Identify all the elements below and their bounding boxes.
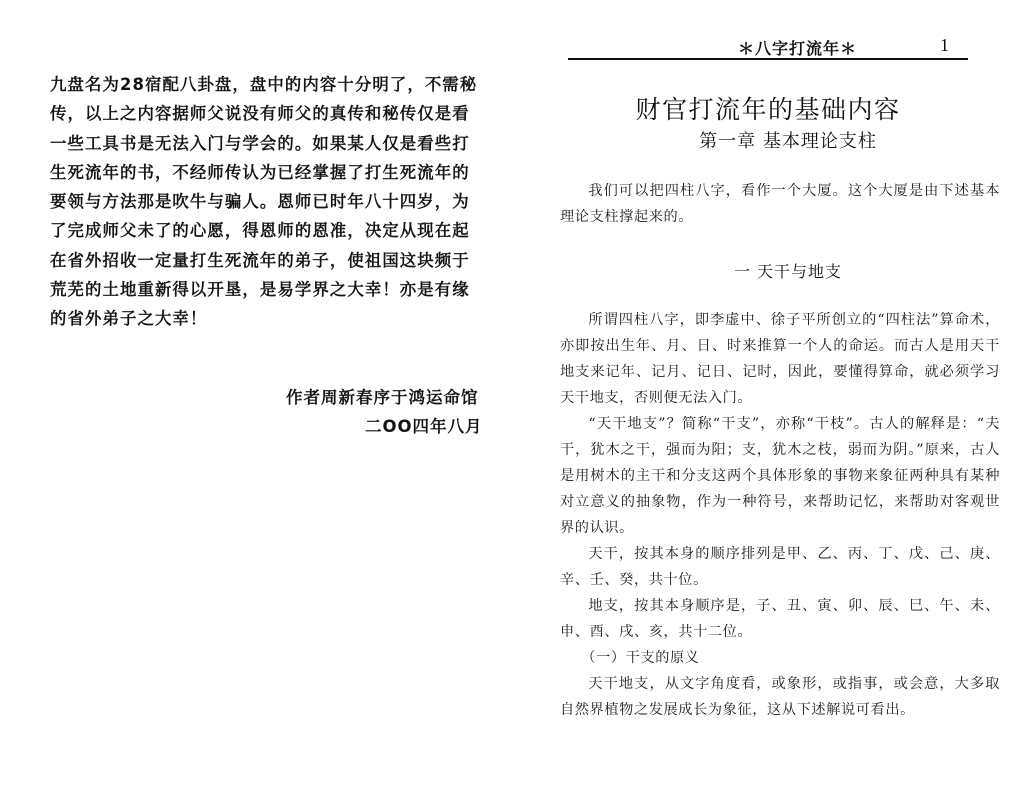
preface-line: 要领与方法那是吹牛与骗人。恩师已时年八十四岁，为 [50,187,490,216]
subsection-title: （一）干支的原义 [560,645,1000,671]
preface-line: 九盘名为28宿配八卦盘，盘中的内容十分明了，不需秘 [50,70,490,99]
book-title: 财官打流年的基础内容 [512,90,1024,126]
chapter-title: 第一章 基本理论支柱 [512,127,1024,153]
preface-body: 九盘名为28宿配八卦盘，盘中的内容十分明了，不需秘 传，以上之内容据师父说没有师… [50,70,490,334]
paragraph: 所谓四柱八字，即李虚中、徐子平所创立的“四柱法”算命术，亦即按出生年、月、日、时… [560,307,1000,411]
header-rule [568,58,968,60]
page-number: 1 [940,35,949,56]
running-header: ＊八字打流年＊ 1 [568,34,968,60]
running-header-title: ＊八字打流年＊ [738,36,857,59]
intro-paragraph: 我们可以把四柱八字，看作一个大厦。这个大厦是由下述基本理论支柱撑起来的。 [560,178,1000,230]
intro-block: 我们可以把四柱八字，看作一个大厦。这个大厦是由下述基本理论支柱撑起来的。 [560,178,1000,230]
paragraph: 地支，按其本身顺序是，子、丑、寅、卯、辰、巳、午、未、申、酉、戌、亥，共十二位。 [560,593,1000,645]
preface-line: 在省外招收一定量打生死流年的弟子，使祖国这块频于 [50,246,490,275]
preface-line: 传，以上之内容据师父说没有师父的真传和秘传仅是看 [50,99,490,128]
signature-author: 作者周新春序于鸿运命馆 [286,384,479,408]
preface-line: 生死流年的书，不经师传认为已经掌握了打生死流年的 [50,158,490,187]
paragraph: 天干地支，从文字角度看，或象形，或指事，或会意，大多取自然界植物之发展成长为象征… [560,671,1000,723]
paragraph: “天干地支”？简称“干支”，亦称“干枝”。古人的解释是：“夫干，犹木之干，强而为… [560,411,1000,541]
left-page: 九盘名为28宿配八卦盘，盘中的内容十分明了，不需秘 传，以上之内容据师父说没有师… [0,0,512,796]
preface-line: 了完成师父未了的心愿，得恩师的恩准，决定从现在起 [50,216,490,245]
preface-line: 荒芜的土地重新得以开垦，是易学界之大幸！亦是有缘 [50,275,490,304]
preface-line: 的省外弟子之大幸！ [50,304,490,333]
main-text-block: 所谓四柱八字，即李虚中、徐子平所创立的“四柱法”算命术，亦即按出生年、月、日、时… [560,307,1000,723]
right-page: ＊八字打流年＊ 1 财官打流年的基础内容 第一章 基本理论支柱 我们可以把四柱八… [512,0,1024,796]
paragraph: 天干，按其本身的顺序排列是甲、乙、丙、丁、戊、己、庚、辛、壬、癸，共十位。 [560,541,1000,593]
signature-date: 二OO四年八月 [365,413,483,437]
preface-line: 一些工具书是无法入门与学会的。如果某人仅是看些打 [50,129,490,158]
section-title: 一 天干与地支 [512,259,1024,282]
